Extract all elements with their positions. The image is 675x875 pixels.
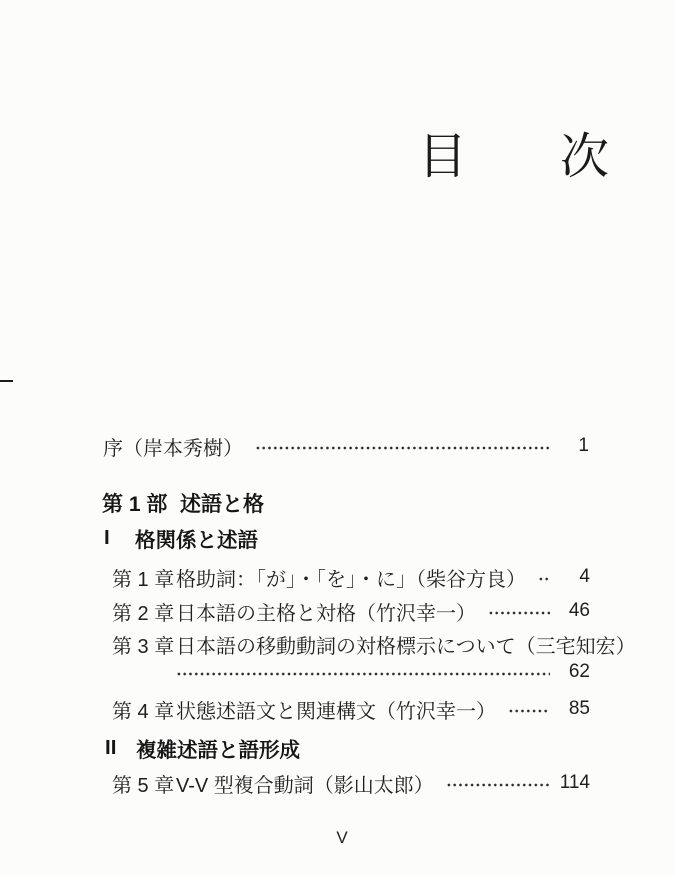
entry-title: 格助詞：「が」・「を」・に」（柴谷方良）: [176, 563, 526, 592]
entry-title: 日本語の移動動詞の対格標示について（三宅知宏）: [176, 630, 636, 659]
toc-entry-chapter-3-continuation: 62: [112, 659, 590, 685]
chapter-label: 第 5 章: [112, 769, 176, 798]
toc-entry-preface: 序（岸本秀樹） 1: [103, 433, 589, 459]
toc-page: 目 次 序（岸本秀樹） 1 第 1 部 述語と格 I 格関係と述語 第 1 章 …: [0, 0, 675, 875]
page-number-value: 4: [552, 566, 590, 588]
toc-part-heading: 第 1 部 述語と格: [102, 489, 264, 517]
part-label: 第 1 部: [102, 488, 180, 518]
toc-entry-chapter-3: 第 3 章 日本語の移動動詞の対格標示について（三宅知宏）: [112, 631, 590, 657]
section-title: 格関係と述語: [135, 523, 258, 553]
toc-entry-chapter-2: 第 2 章 日本語の主格と対格（竹沢幸一） 46: [112, 598, 590, 624]
page-number-value: 1: [551, 435, 589, 457]
section-label: I: [104, 526, 135, 550]
entry-title: 序（岸本秀樹）: [103, 432, 243, 461]
page-number-value: 62: [552, 661, 590, 683]
dot-leader: [176, 659, 550, 685]
chapter-label: 第 4 章: [112, 695, 176, 724]
crop-mark: [0, 380, 13, 382]
part-title: 述語と格: [180, 488, 264, 518]
toc-entry-chapter-4: 第 4 章 状態述語文と関連構文（竹沢幸一） 85: [112, 696, 590, 722]
toc-section-heading-2: II 複雑述語と語形成: [105, 734, 300, 762]
toc-entry-chapter-1: 第 1 章 格助詞：「が」・「を」・に」（柴谷方良） 4: [112, 564, 590, 590]
dot-leader: [446, 770, 550, 796]
page-number-value: 114: [552, 772, 590, 794]
dot-leader: [488, 598, 550, 624]
chapter-label: 第 1 章: [112, 563, 176, 592]
entry-title: 状態述語文と関連構文（竹沢幸一）: [176, 695, 496, 724]
entry-title: V-V 型複合動詞（影山太郎）: [176, 769, 434, 798]
dot-leader: [508, 696, 550, 722]
page-number-value: 85: [552, 698, 590, 720]
folio-page-number: V: [330, 828, 354, 848]
chapter-label: 第 2 章: [112, 597, 176, 626]
entry-title: 日本語の主格と対格（竹沢幸一）: [176, 597, 476, 626]
page-title: 目 次: [418, 132, 631, 183]
page-number-value: 46: [552, 600, 590, 622]
section-label: II: [105, 736, 136, 760]
toc-entry-chapter-5: 第 5 章 V-V 型複合動詞（影山太郎） 114: [112, 770, 590, 796]
chapter-label: 第 3 章: [112, 630, 176, 659]
dot-leader: [255, 433, 549, 459]
dot-leader: [538, 564, 550, 590]
toc-section-heading-1: I 格関係と述語: [104, 524, 258, 552]
section-title: 複雑述語と語形成: [136, 733, 300, 763]
